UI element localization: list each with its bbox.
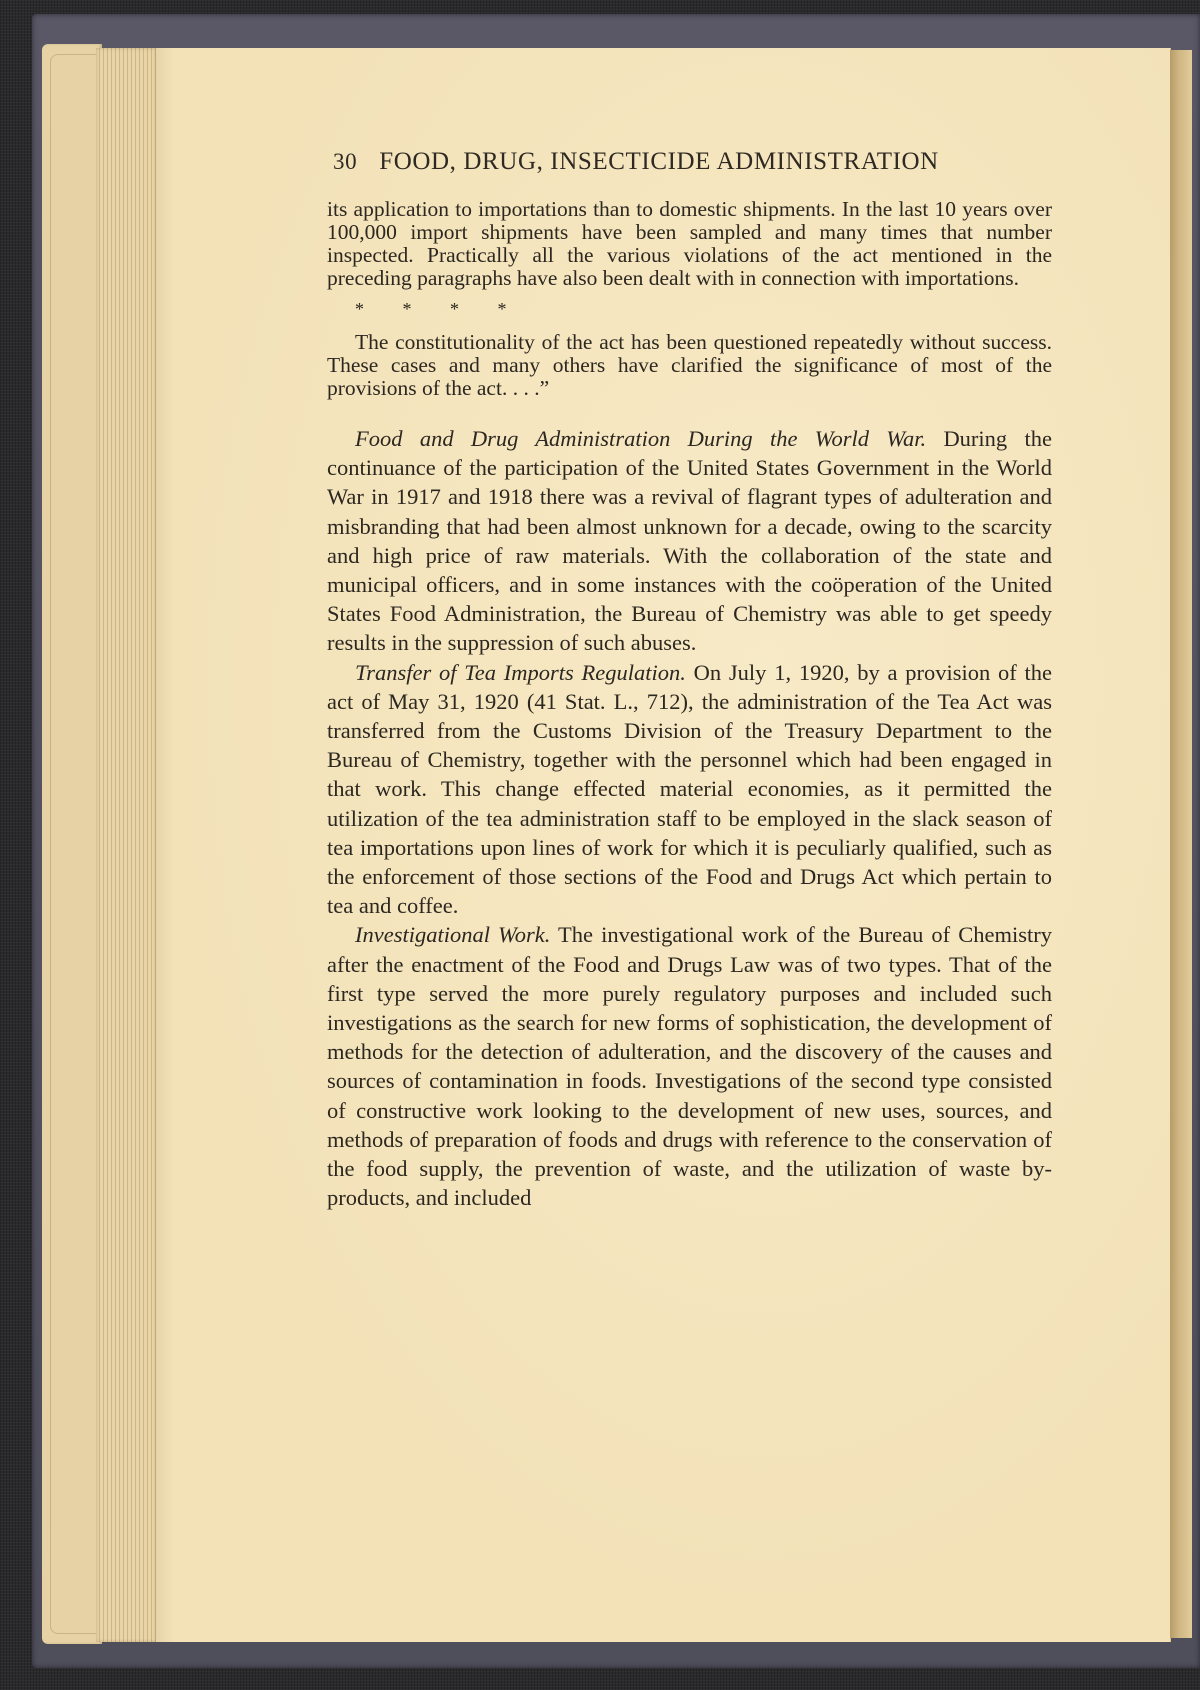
section-paragraph-world-war: Food and Drug Administration During the …: [327, 424, 1052, 658]
section-text: On July 1, 1920, by a provision of the a…: [327, 660, 1052, 919]
page-number: 30: [333, 149, 357, 175]
section-text: The investigational work of the Bureau o…: [327, 922, 1052, 1210]
gutter-shadow: [1170, 50, 1192, 1638]
asterisk-separator: * * * *: [355, 298, 1052, 321]
running-head-title: FOOD, DRUG, INSECTICIDE ADMINISTRATION: [379, 148, 939, 176]
quote-paragraph: The constitutionality of the act has bee…: [327, 331, 1052, 400]
running-head: 30 FOOD, DRUG, INSECTICIDE ADMINISTRATIO…: [333, 148, 1052, 176]
section-heading: Investigational Work.: [355, 922, 550, 947]
section-text: During the continuance of the participat…: [327, 426, 1052, 655]
section-paragraph-tea-imports: Transfer of Tea Imports Regulation. On J…: [327, 658, 1052, 921]
body-text: Food and Drug Administration During the …: [327, 424, 1052, 1212]
page-stack-edges: [96, 48, 156, 1642]
quote-paragraph: its application to importations than to …: [327, 198, 1052, 290]
section-heading: Food and Drug Administration During the …: [355, 426, 926, 451]
section-paragraph-investigational-work: Investigational Work. The investigationa…: [327, 920, 1052, 1212]
page-content: 30 FOOD, DRUG, INSECTICIDE ADMINISTRATIO…: [327, 148, 1052, 1212]
section-heading: Transfer of Tea Imports Regulation.: [355, 660, 686, 685]
endpaper-edge: [42, 44, 102, 1644]
quoted-passage: its application to importations than to …: [327, 198, 1052, 400]
